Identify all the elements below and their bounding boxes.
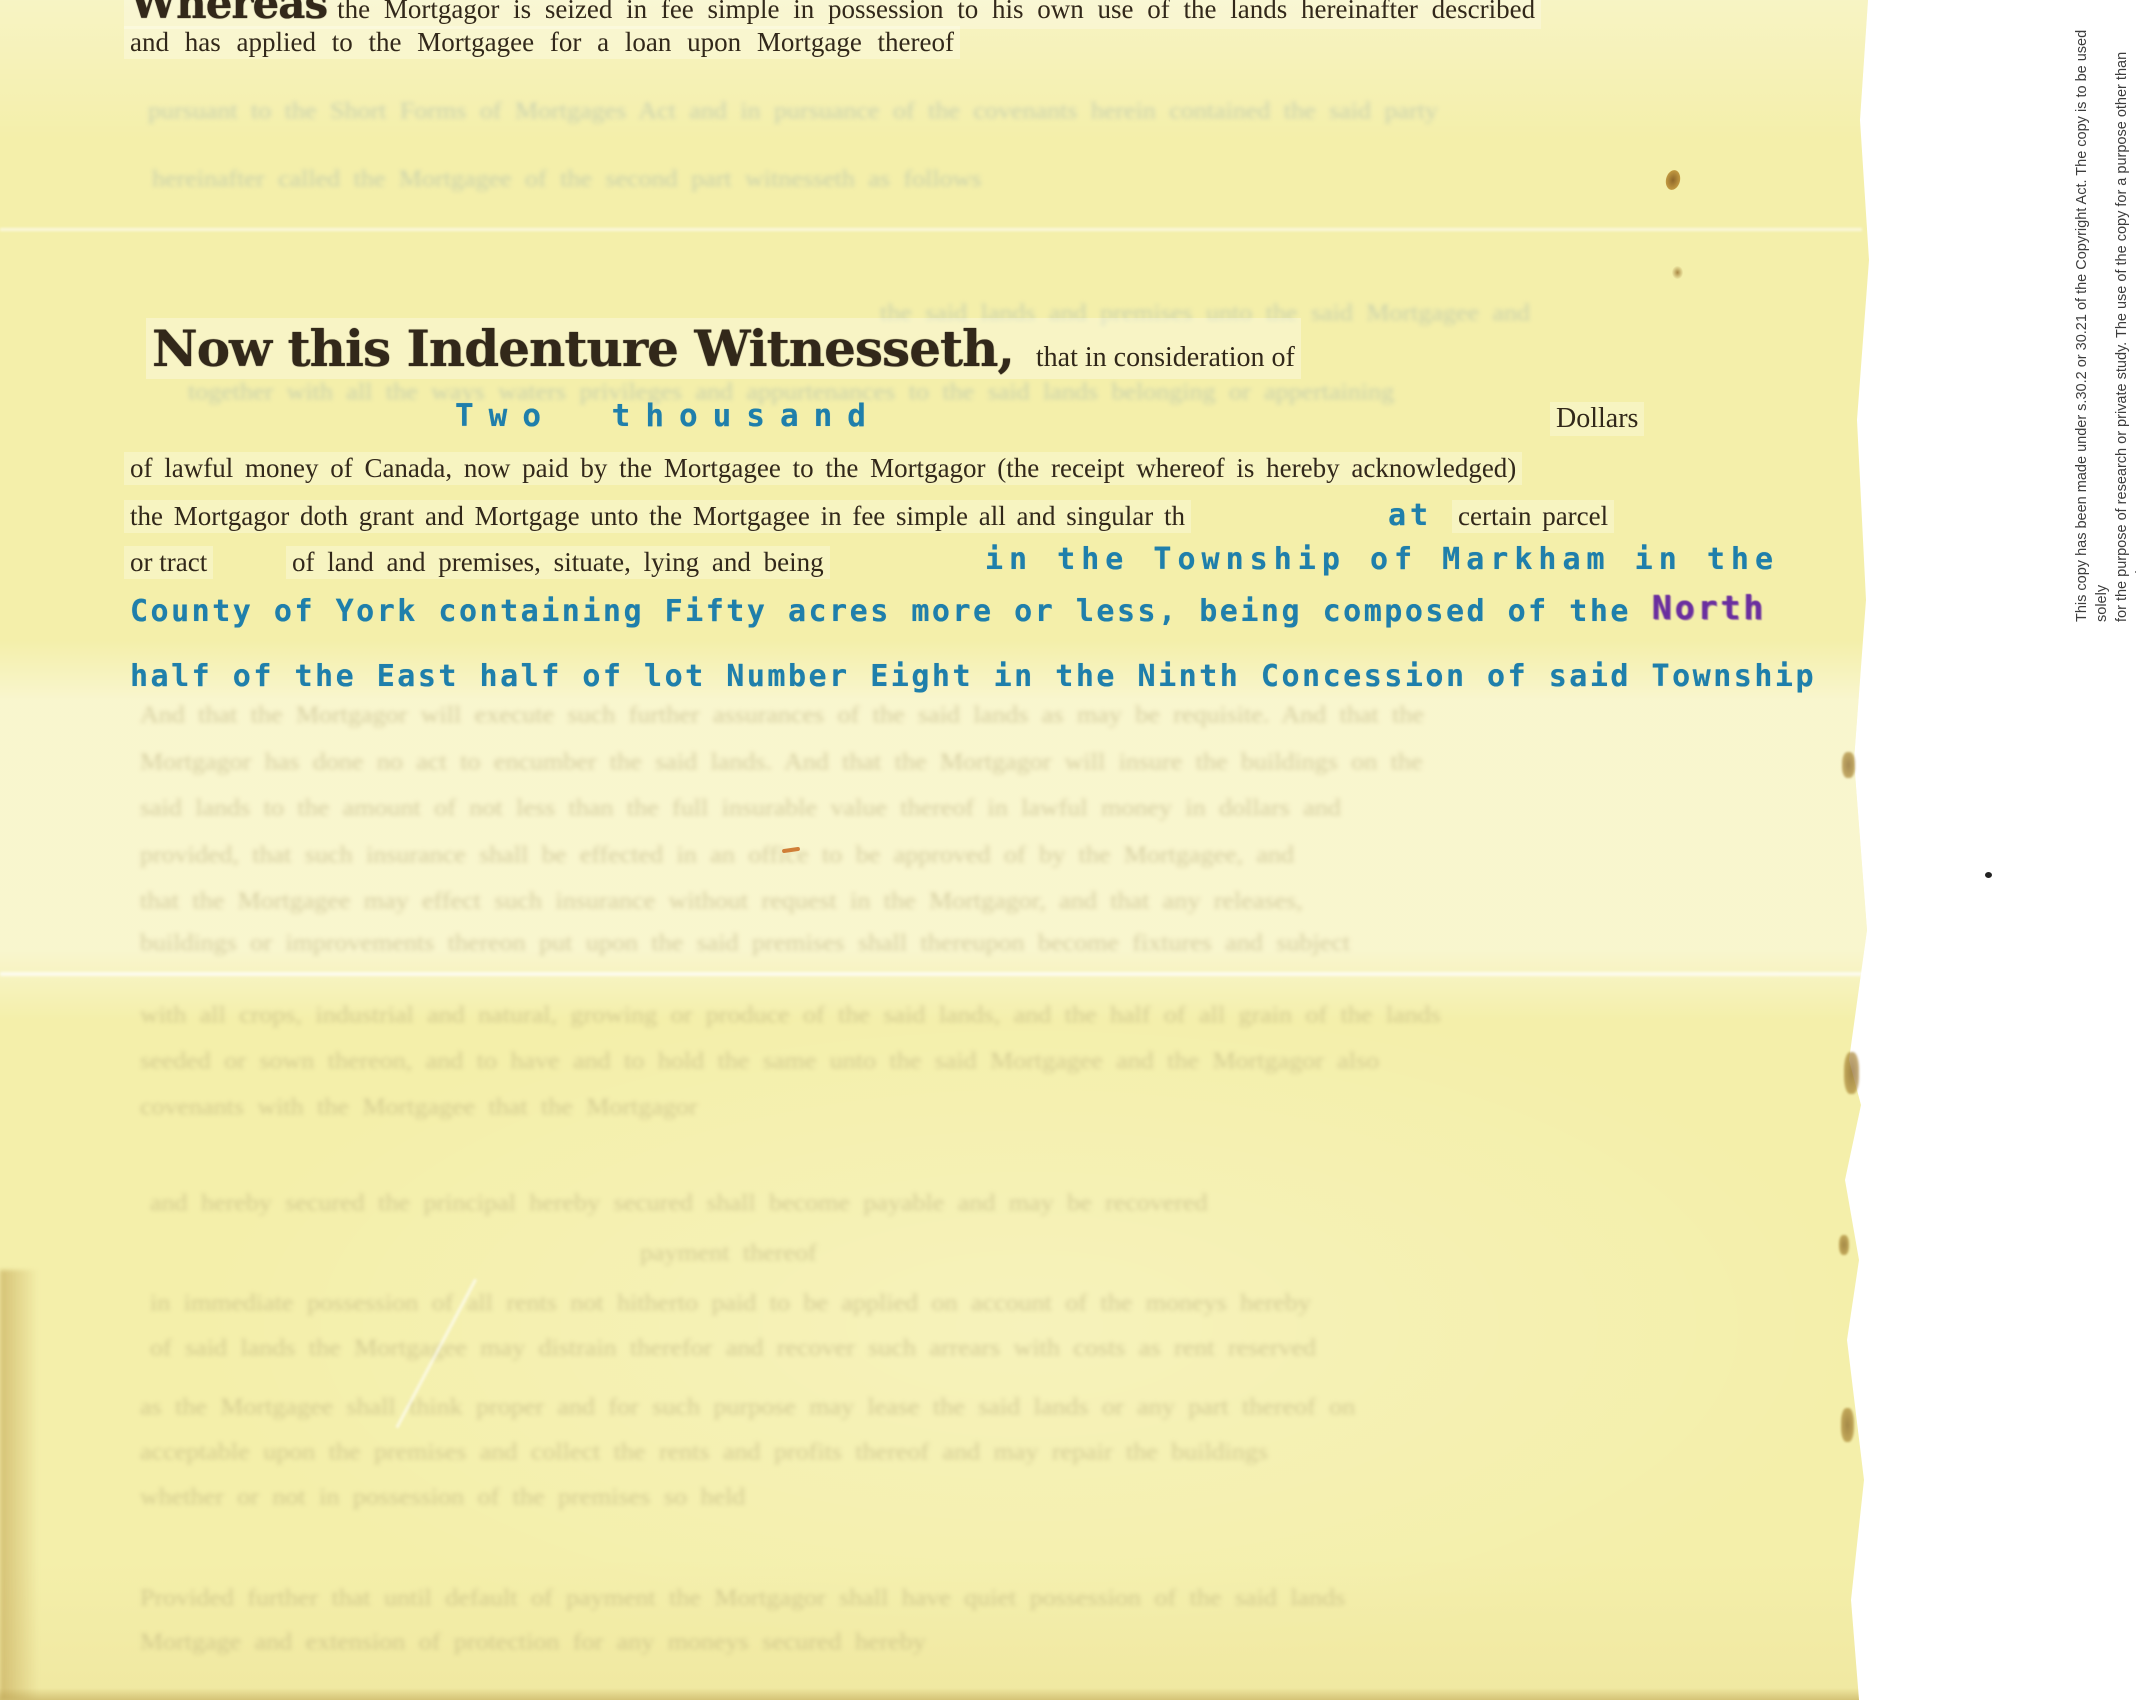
stain-spot (1672, 266, 1683, 279)
torn-edge-mark (1844, 1052, 1859, 1094)
indenture-heading-blackletter: Now this Indenture Witnesseth, (152, 319, 1014, 378)
indenture-heading: Now this Indenture Witnesseth,that in co… (146, 318, 1301, 379)
document-paper: pursuant to the Short Forms of Mortgages… (0, 0, 1872, 1700)
stain-spot (1664, 169, 1682, 192)
ghost-text-line: Provided further that until default of p… (140, 1584, 1620, 1613)
copyright-notice-line: for the purpose of research or private s… (2112, 16, 2136, 622)
fold-crease-middle (0, 972, 1866, 976)
indenture-heading-roman: that in consideration of (1036, 342, 1295, 373)
applied-line: and has applied to the Mortgagee for a l… (124, 26, 960, 59)
ghost-text-line: whether or not in possession of the prem… (140, 1483, 1180, 1512)
grant-line-typed-insert: at (1388, 498, 1432, 533)
amount-typed: Two thousand (455, 398, 881, 434)
ghost-text-line: as the Mortgagee shall think proper and … (140, 1393, 1635, 1422)
copyright-notice-line: This copy has been made under s.30.2 or … (2072, 16, 2112, 622)
torn-edge-mark (1841, 1408, 1854, 1442)
torn-edge-mark (1842, 752, 1855, 778)
ghost-text-line: hereinafter called the Mortgagee of the … (152, 165, 1112, 194)
ghost-text-line: pursuant to the Short Forms of Mortgages… (148, 97, 1658, 126)
whereas-lead-word: Whereas (130, 0, 327, 28)
fold-crease-top (0, 228, 1862, 231)
consideration-line: of lawful money of Canada, now paid by t… (124, 452, 1522, 485)
scanner-speck (1985, 872, 1992, 878)
ghost-text-line: in immediate possession of all rents not… (150, 1289, 1640, 1318)
tract-line-printed-a: or tract (124, 546, 213, 579)
ghost-text-line: said lands to the amount of not less tha… (140, 794, 1645, 823)
ghost-text-line: acceptable upon the premises and collect… (140, 1438, 1605, 1467)
ghost-text-line: of said lands the Mortgagee may distrain… (150, 1334, 1660, 1363)
grant-line-printed-end: certain parcel (1452, 500, 1614, 533)
tract-line-printed-b: of land and premises, situate, lying and… (286, 546, 830, 579)
torn-edge-mark (1839, 1235, 1849, 1255)
ghost-text-line: And that the Mortgagor will execute such… (140, 701, 1645, 730)
county-typed-line: County of York containing Fifty acres mo… (130, 594, 1631, 629)
whereas-line-text: the Mortgagor is seized in fee simple in… (337, 0, 1535, 24)
ghost-text-line: Mortgage and extension of protection for… (140, 1628, 1110, 1657)
ghost-text-line: covenants with the Mortgagee that the Mo… (140, 1093, 880, 1122)
ghost-text-line: together with all the ways waters privil… (188, 378, 1628, 407)
copyright-notice: This copy has been made under s.30.2 or … (2072, 16, 2136, 622)
scanned-page: pursuant to the Short Forms of Mortgages… (0, 0, 2136, 1700)
ghost-text-line: and hereby secured the principal hereby … (150, 1189, 1615, 1218)
grant-line-printed: the Mortgagor doth grant and Mortgage un… (124, 500, 1191, 533)
whereas-line: Whereasthe Mortgagor is seized in fee si… (124, 0, 1541, 29)
ghost-text-line: payment thereof (640, 1239, 880, 1268)
ghost-text-line: seeded or sown thereon, and to have and … (140, 1047, 1635, 1076)
lot-description-typed-line: half of the East half of lot Number Eigh… (130, 659, 1816, 694)
dollars-label: Dollars (1550, 402, 1644, 436)
ghost-text-line: that the Mortgagee may effect such insur… (140, 887, 1640, 916)
ghost-text-line: provided, that such insurance shall be e… (140, 841, 1655, 870)
paper-edge-shadow (0, 1688, 1860, 1700)
paper-fold-shadow (0, 1270, 38, 1700)
ghost-text-line: with all crops, industrial and natural, … (140, 1001, 1650, 1030)
north-stamp: North (1652, 588, 1766, 627)
ghost-text-line: Mortgagor has done no act to encumber th… (140, 748, 1655, 777)
township-typed: in the Township of Markham in the (985, 542, 1779, 577)
ghost-text-line: buildings or improvements thereon put up… (140, 929, 1620, 958)
